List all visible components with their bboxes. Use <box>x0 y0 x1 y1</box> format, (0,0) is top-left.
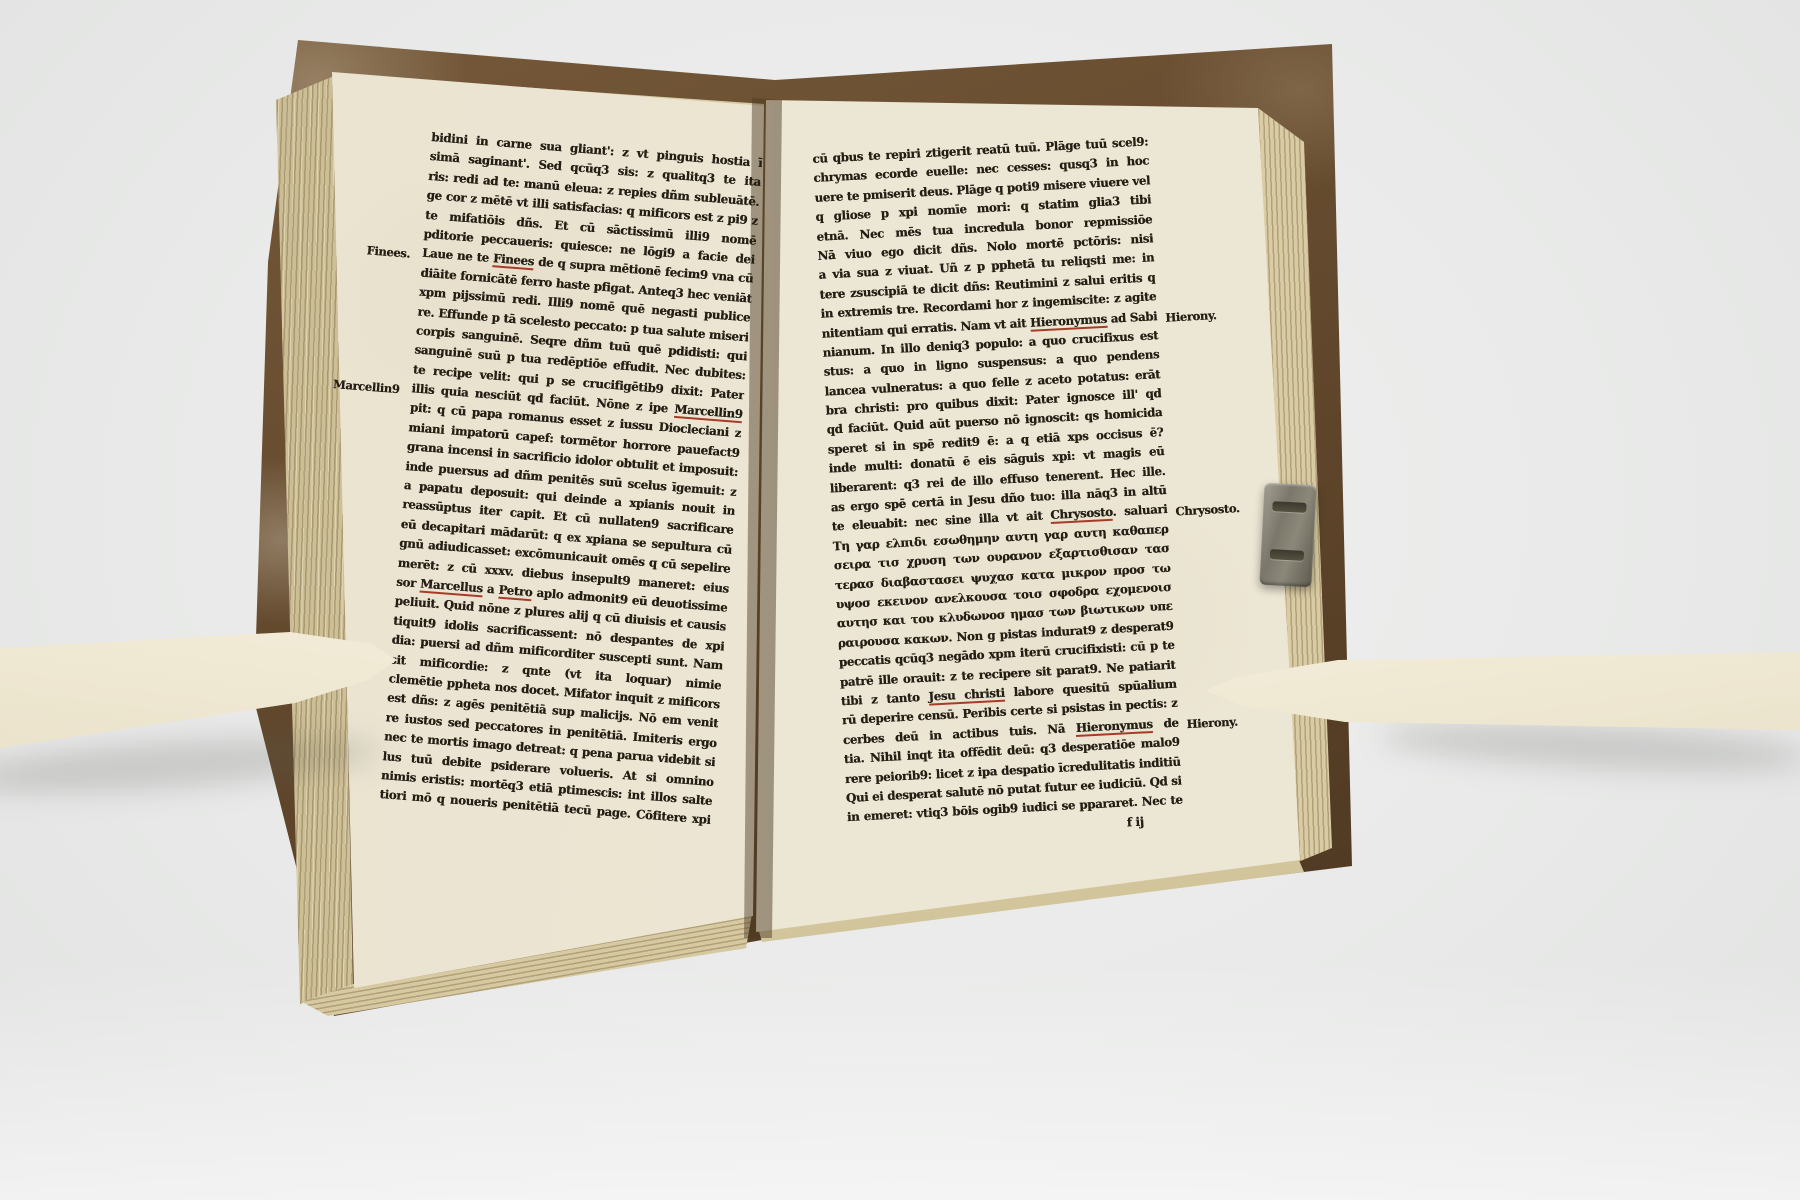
margin-note: Hierony. <box>1165 308 1217 325</box>
margin-note: Hierony. <box>1186 715 1238 732</box>
clasp-slot <box>1270 549 1304 561</box>
clasp-slot <box>1272 501 1306 513</box>
left-page-text: Finees.Marcellin9 bidini in carne sua gl… <box>379 128 763 831</box>
margin-note: Finees. <box>366 244 411 261</box>
photo-of-open-book: Finees.Marcellin9 bidini in carne sua gl… <box>0 0 1800 1200</box>
right-page-text: Hierony.Chrysosto.Hierony. f ij cū qbus … <box>812 132 1183 827</box>
metal-clasp <box>1259 483 1316 588</box>
signature-mark: f ij <box>1126 815 1144 830</box>
margin-note: Marcellin9 <box>333 377 400 396</box>
margin-note: Chrysosto. <box>1175 501 1240 518</box>
